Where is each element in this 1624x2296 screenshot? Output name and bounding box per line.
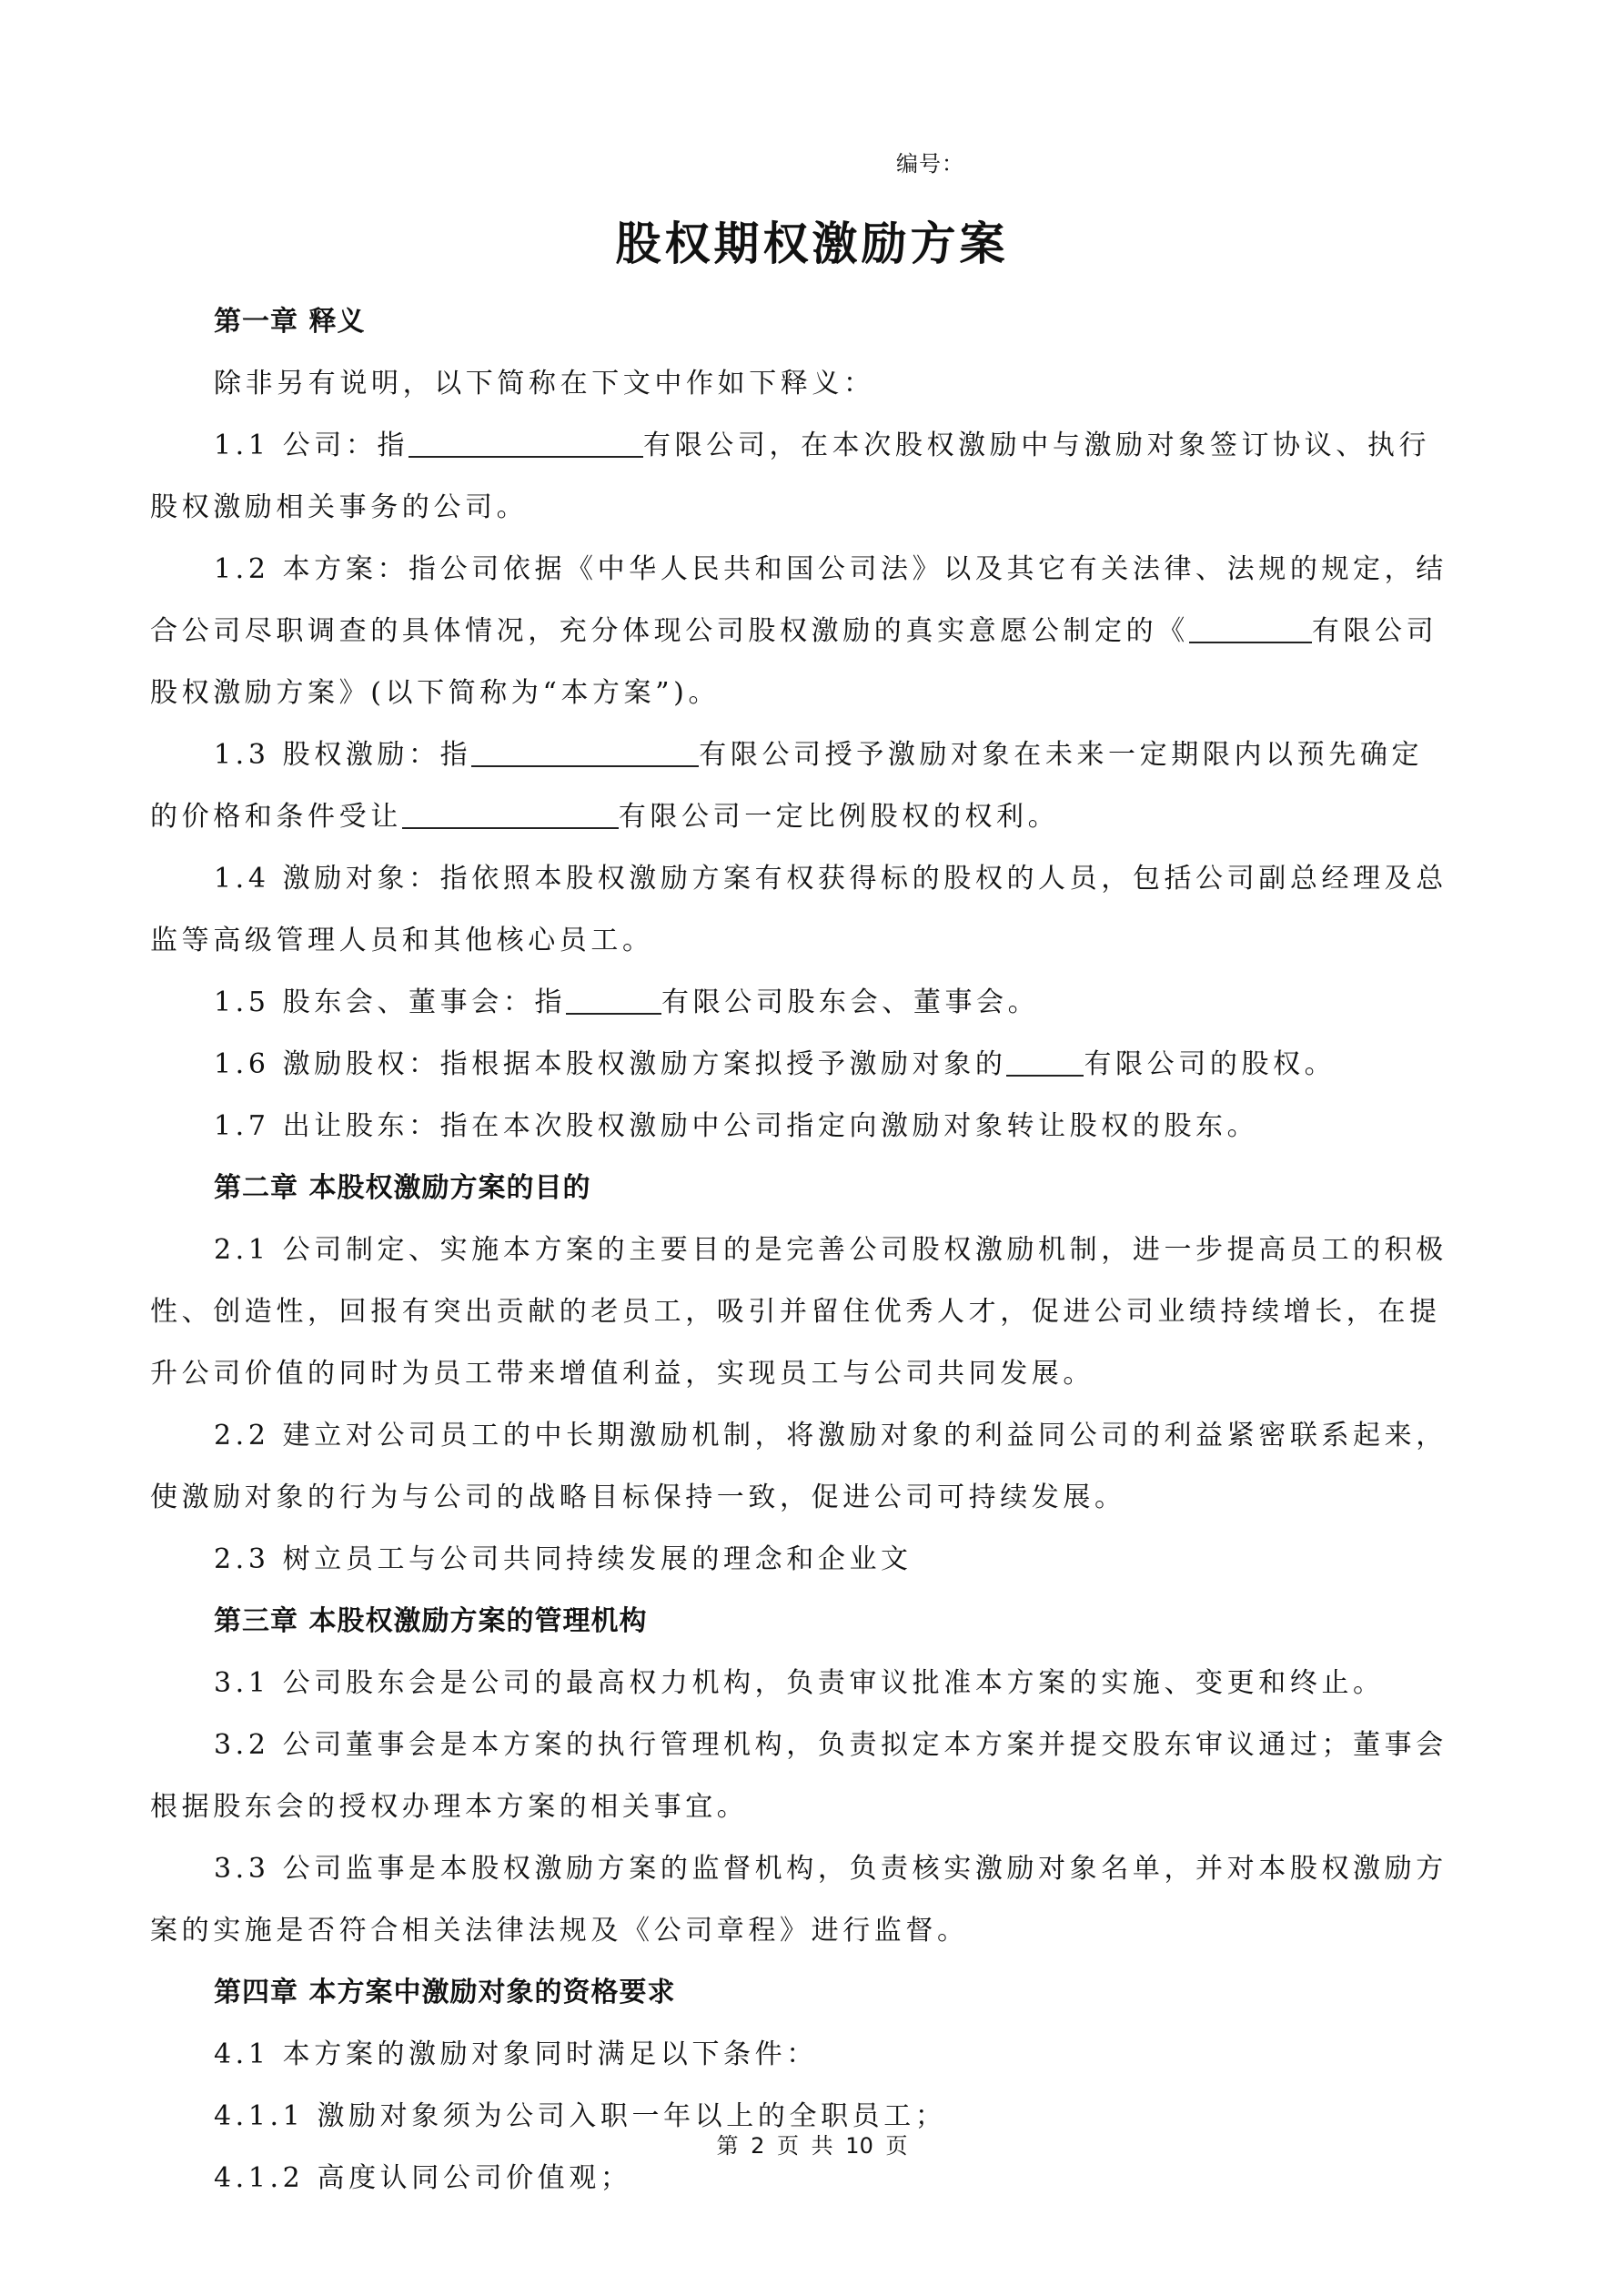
company-name-blank[interactable]	[409, 429, 643, 458]
grantor-company-blank[interactable]	[471, 738, 699, 767]
transfer-company-blank[interactable]	[402, 800, 619, 829]
clause-1-1: 1.1 公司：指有限公司，在本次股权激励中与激励对象签订协议、执行	[150, 415, 1478, 477]
clause-4-1: 4.1 本方案的激励对象同时满足以下条件：	[150, 2024, 1478, 2086]
clause-1-6: 1.6 激励股权：指根据本股权激励方案拟授予激励对象的有限公司的股权。	[150, 1034, 1478, 1096]
document-page: 编号： 股权期权激励方案 第一章 释义 除非另有说明，以下简称在下文中作如下释义…	[0, 0, 1624, 2296]
clause-1-5: 1.5 股东会、董事会：指有限公司股东会、董事会。	[150, 972, 1478, 1034]
clause-2-1-cont2: 升公司价值的同时为员工带来增值利益，实现员工与公司共同发展。	[150, 1343, 1478, 1405]
chapter-4-heading: 第四章 本方案中激励对象的资格要求	[150, 1962, 1478, 2024]
clause-3-2: 3.2 公司董事会是本方案的执行管理机构，负责拟定本方案并提交股东审议通过；董事…	[150, 1714, 1478, 1776]
document-body: 第一章 释义 除非另有说明，以下简称在下文中作如下释义： 1.1 公司：指有限公…	[150, 291, 1478, 2210]
page-footer: 第 2 页 共 10 页	[0, 2128, 1624, 2159]
clause-1-3-text-d: 有限公司一定比例股权的权利。	[619, 801, 1059, 833]
clause-1-2-cont2: 股权激励方案》(以下简称为“本方案”)。	[150, 663, 1478, 724]
clause-1-2-cont: 合公司尽职调查的具体情况，充分体现公司股权激励的真实意愿公制定的《有限公司	[150, 601, 1478, 663]
clause-1-2-text-b: 合公司尽职调查的具体情况，充分体现公司股权激励的真实意愿公制定的《	[150, 615, 1189, 647]
clause-3-2-cont: 根据股东会的授权办理本方案的相关事宜。	[150, 1776, 1478, 1838]
clause-1-3-cont: 的价格和条件受让有限公司一定比例股权的权利。	[150, 786, 1478, 848]
clause-1-6-text-a: 1.6 激励股权：指根据本股权激励方案拟授予激励对象的	[214, 1048, 1006, 1080]
document-title: 股权期权激励方案	[0, 207, 1624, 273]
clause-1-2-text-c: 有限公司	[1312, 615, 1437, 647]
clause-1-3: 1.3 股权激励：指有限公司授予激励对象在未来一定期限内以预先确定	[150, 724, 1478, 786]
clause-1-3-text-a: 1.3 股权激励：指	[214, 739, 471, 771]
clause-1-6-text-b: 有限公司的股权。	[1084, 1048, 1336, 1080]
doc-number-label: 编号：	[896, 146, 964, 177]
clause-3-1: 3.1 公司股东会是公司的最高权力机构，负责审议批准本方案的实施、变更和终止。	[150, 1653, 1478, 1714]
equity-company-blank[interactable]	[1006, 1047, 1084, 1077]
chapter-2-heading: 第二章 本股权激励方案的目的	[150, 1158, 1478, 1219]
chapter-3-heading: 第三章 本股权激励方案的管理机构	[150, 1591, 1478, 1653]
clause-1-3-text-c: 的价格和条件受让	[150, 801, 402, 833]
clause-1-4: 1.4 激励对象：指依照本股权激励方案有权获得标的股权的人员，包括公司副总经理及…	[150, 848, 1478, 910]
clause-2-1-cont: 性、创造性，回报有突出贡献的老员工，吸引并留住优秀人才，促进公司业绩持续增长，在…	[150, 1281, 1478, 1343]
clause-1-5-text-a: 1.5 股东会、董事会：指	[214, 986, 566, 1018]
clause-3-3: 3.3 公司监事是本股权激励方案的监督机构，负责核实激励对象名单，并对本股权激励…	[150, 1838, 1478, 1900]
clause-1-4-cont: 监等高级管理人员和其他核心员工。	[150, 910, 1478, 972]
clause-1-7: 1.7 出让股东：指在本次股权激励中公司指定向激励对象转让股权的股东。	[150, 1096, 1478, 1158]
chapter-1-intro: 除非另有说明，以下简称在下文中作如下释义：	[150, 353, 1478, 415]
clause-1-5-text-b: 有限公司股东会、董事会。	[661, 986, 1039, 1018]
clause-1-1-text-a: 1.1 公司：指	[214, 430, 409, 461]
chapter-1-heading: 第一章 释义	[150, 291, 1478, 353]
board-company-blank[interactable]	[566, 986, 661, 1015]
plan-company-blank[interactable]	[1189, 614, 1312, 643]
clause-1-1-cont: 股权激励相关事务的公司。	[150, 477, 1478, 539]
clause-1-1-text-b: 有限公司，在本次股权激励中与激励对象签订协议、执行	[643, 430, 1430, 461]
clause-2-3: 2.3 树立员工与公司共同持续发展的理念和企业文	[150, 1529, 1478, 1591]
clause-3-3-cont: 案的实施是否符合相关法律法规及《公司章程》进行监督。	[150, 1900, 1478, 1962]
clause-2-1: 2.1 公司制定、实施本方案的主要目的是完善公司股权激励机制，进一步提高员工的积…	[150, 1219, 1478, 1281]
clause-1-3-text-b: 有限公司授予激励对象在未来一定期限内以预先确定	[699, 739, 1423, 771]
clause-2-2: 2.2 建立对公司员工的中长期激励机制，将激励对象的利益同公司的利益紧密联系起来…	[150, 1405, 1478, 1467]
clause-2-2-cont: 使激励对象的行为与公司的战略目标保持一致，促进公司可持续发展。	[150, 1467, 1478, 1529]
clause-1-2: 1.2 本方案：指公司依据《中华人民共和国公司法》以及其它有关法律、法规的规定，…	[150, 539, 1478, 601]
